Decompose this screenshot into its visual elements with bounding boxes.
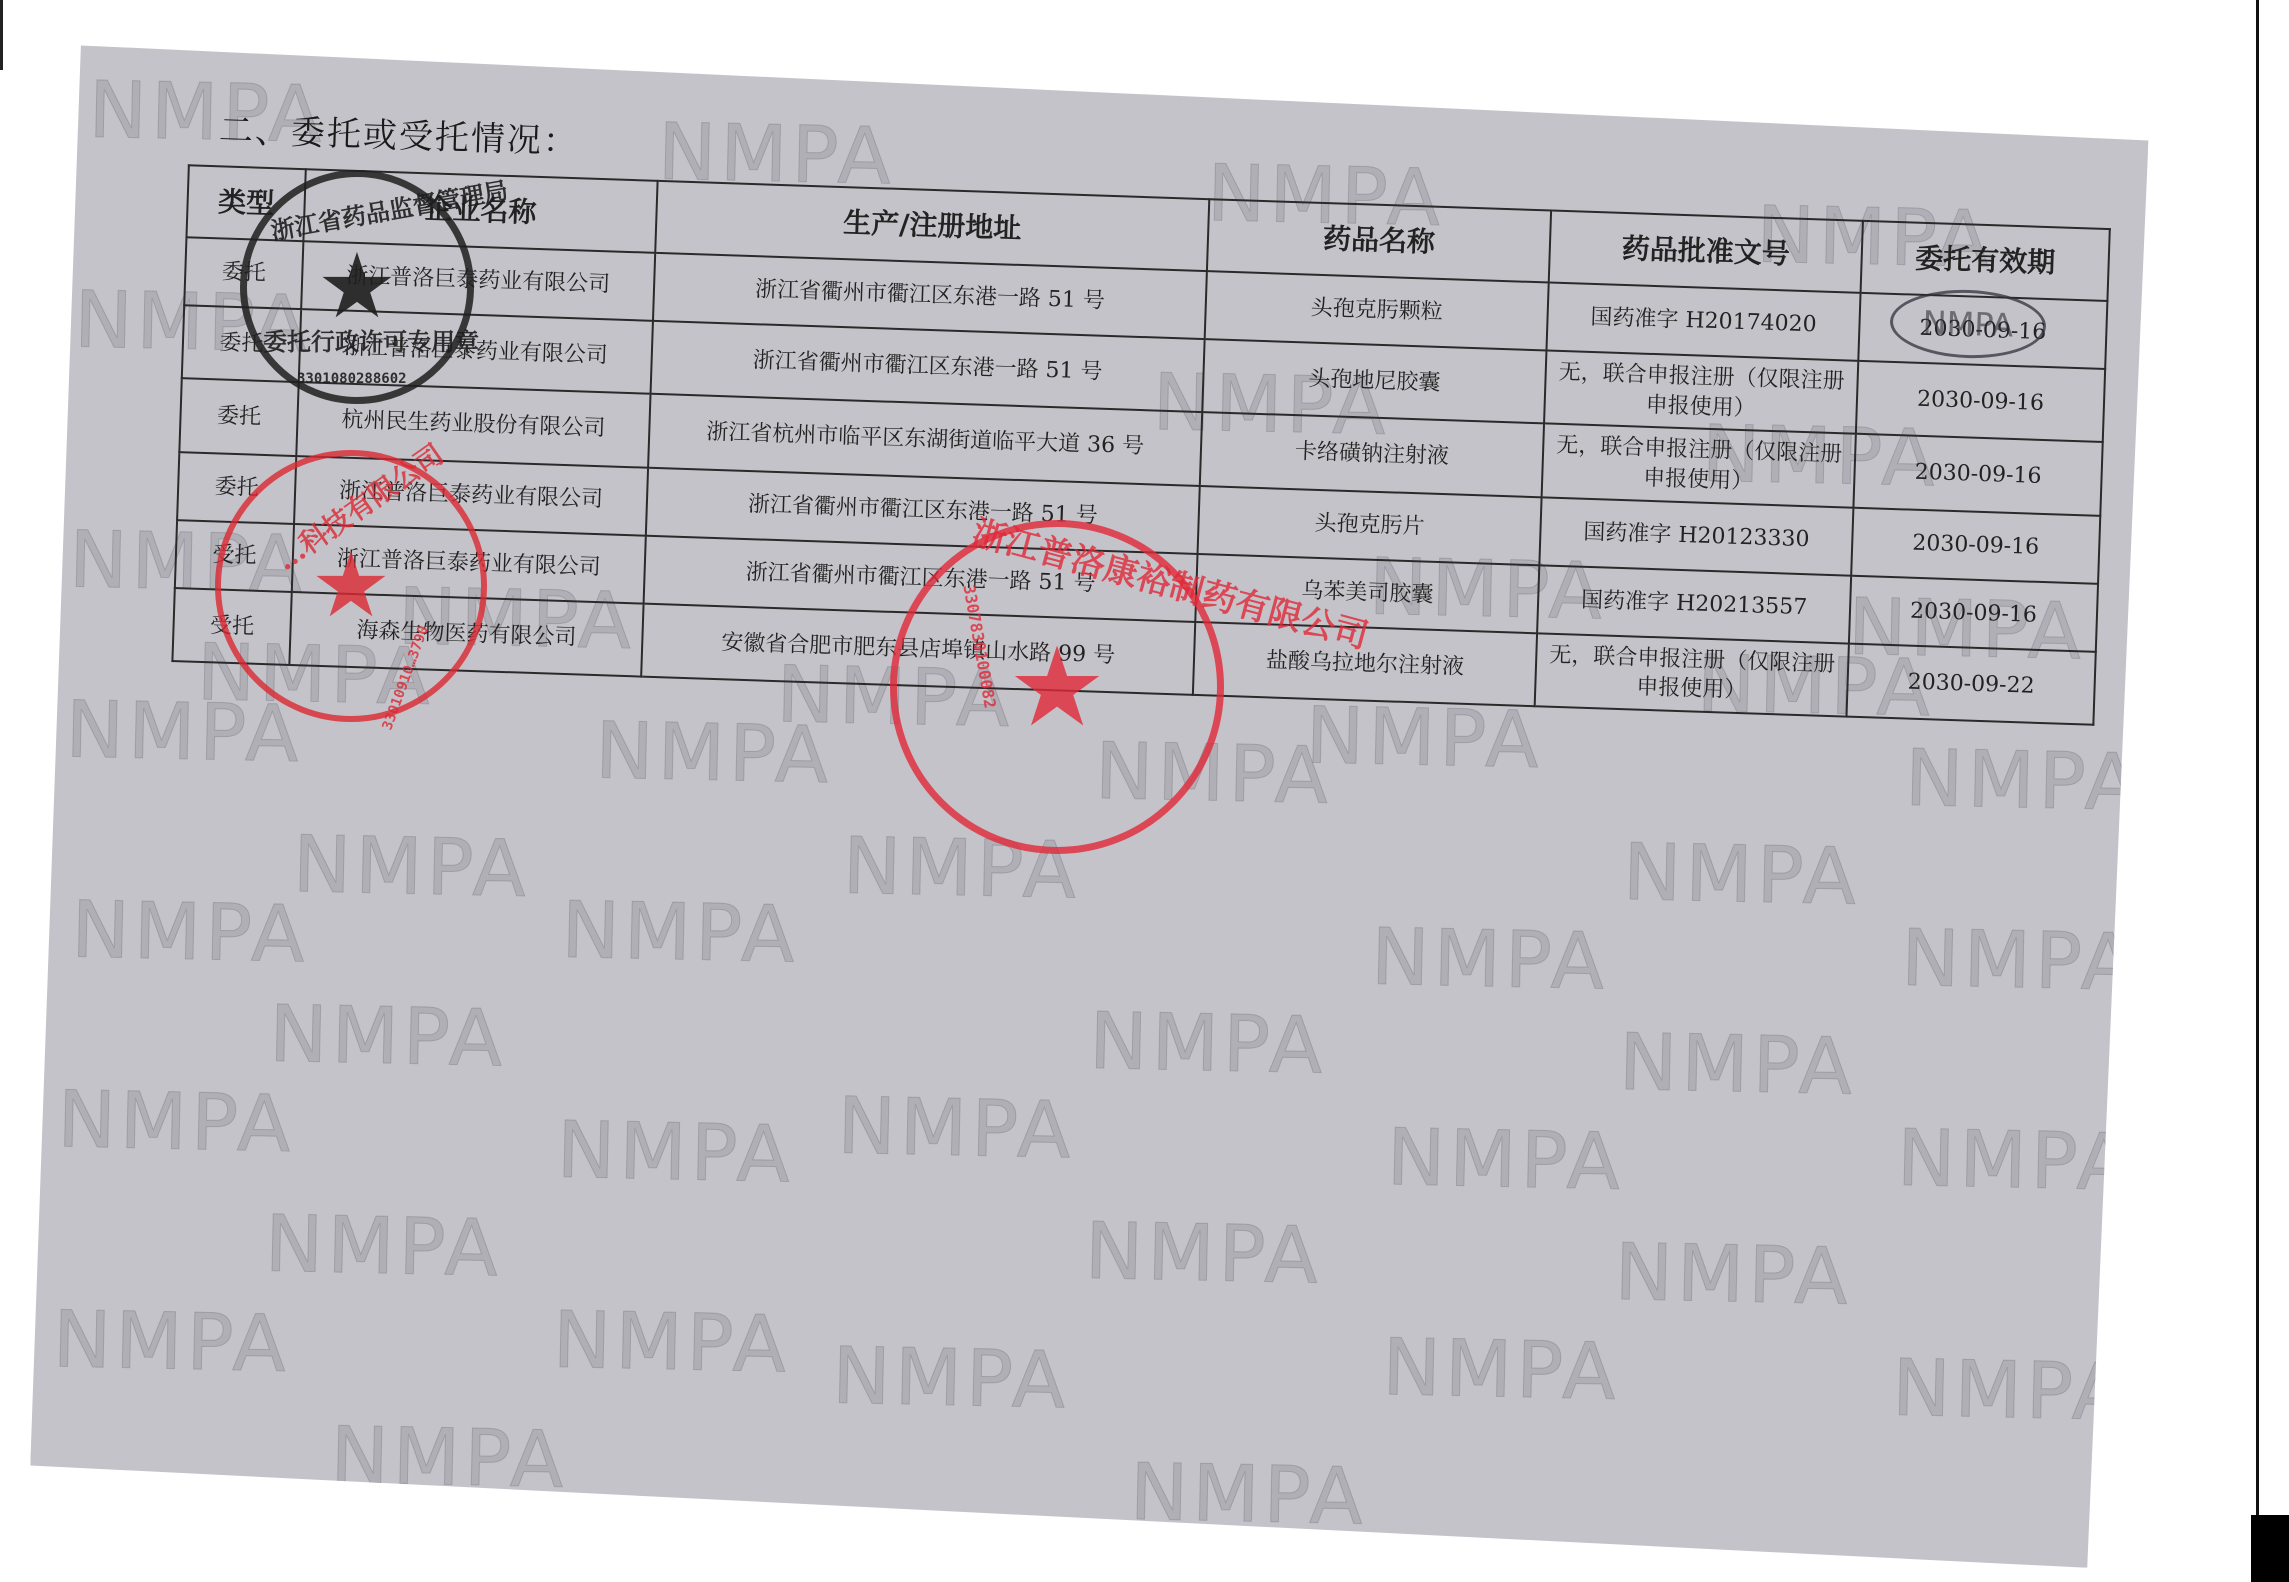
cell-type: 委托 (177, 452, 296, 524)
cell-validity: 2030-09-16 (1851, 507, 2100, 583)
watermark: NMPA (65, 685, 304, 780)
cell-company: 浙江普洛巨泰药业有限公司 (292, 524, 646, 604)
header-type: 类型 (186, 165, 305, 241)
cell-company: 浙江普洛巨泰药业有限公司 (299, 309, 653, 394)
cell-type: 受托 (175, 520, 294, 592)
watermark: NMPA (57, 1075, 296, 1170)
watermark: NMPA (1904, 734, 2143, 829)
cell-drug: 头孢克肟片 (1198, 486, 1542, 565)
cell-company: 杭州民生药业股份有限公司 (296, 382, 650, 467)
watermark: NMPA (1129, 1448, 1368, 1543)
watermark: NMPA (831, 1331, 1070, 1426)
watermark: NMPA (1614, 1228, 1853, 1323)
entrustment-table: 类型 企业名称 生产/注册地址 药品名称 药品批准文号 委托有效期 委托 浙江普… (171, 164, 2110, 726)
cell-type: 受托 (172, 588, 291, 665)
watermark: NMPA (556, 1106, 795, 1201)
watermark: NMPA (292, 820, 531, 915)
cell-approval: 无，联合申报注册（仅限注册申报使用） (1535, 633, 1849, 717)
header-drug-name: 药品名称 (1207, 199, 1551, 282)
watermark: NMPA (1088, 997, 1327, 1092)
cell-company: 浙江普洛巨泰药业有限公司 (294, 456, 648, 536)
watermark: NMPA (330, 1411, 569, 1506)
watermark: NMPA (842, 822, 1081, 917)
cell-drug: 卡络磺钠注射液 (1200, 412, 1544, 497)
scan-edge-left (0, 0, 3, 70)
cell-validity: 2030-09-22 (1846, 643, 2095, 725)
scan-corner-dark (2251, 1515, 2289, 1582)
cell-approval: 国药准字 H20123330 (1539, 497, 1853, 575)
watermark: NMPA (1094, 727, 1333, 822)
header-approval-number: 药品批准文号 (1549, 211, 1863, 293)
watermark: NMPA (594, 706, 833, 801)
watermark: NMPA (1386, 1113, 1625, 1208)
cell-approval: 国药准字 H20213557 (1537, 565, 1851, 643)
watermark: NMPA (837, 1082, 1076, 1177)
cell-type: 委托 (179, 379, 298, 456)
watermark: NMPA (1622, 828, 1861, 923)
cell-approval: 无，联合申报注册（仅限注册申报使用） (1544, 350, 1858, 434)
watermark: NMPA (71, 885, 310, 980)
cell-validity: 2030-09-16 (1849, 575, 2098, 651)
cell-validity: 2030-09-16 (1856, 361, 2105, 443)
watermark: NMPA (52, 1295, 291, 1390)
document-content: 二、委托或受托情况： 类型 企业名称 生产/注册地址 药品名称 药品批准文号 委… (131, 100, 2149, 727)
cell-type: 委托 (182, 305, 301, 382)
cell-validity: 2030-09-16 (1858, 293, 2107, 369)
cell-drug: 盐酸乌拉地尔注射液 (1193, 622, 1537, 707)
header-validity: 委托有效期 (1861, 221, 2110, 301)
watermark: NMPA (1896, 1114, 2135, 1209)
cell-company: 海森生物医药有限公司 (289, 592, 643, 677)
cell-approval: 无，联合申报注册（仅限注册申报使用） (1542, 424, 1856, 508)
watermark: NMPA (561, 886, 800, 981)
watermark: NMPA (1900, 914, 2139, 1009)
cell-drug: 头孢克肟颗粒 (1205, 271, 1549, 350)
cell-company: 浙江普洛巨泰药业有限公司 (301, 241, 655, 321)
watermark: NMPA (268, 990, 507, 1085)
header-company: 企业名称 (303, 169, 657, 253)
cell-type: 委托 (184, 237, 303, 309)
watermark: NMPA (1891, 1344, 2130, 1439)
watermark: NMPA (1382, 1323, 1621, 1418)
cell-approval: 国药准字 H20174020 (1546, 282, 1860, 360)
scan-edge-right (2256, 0, 2259, 1582)
watermark: NMPA (1370, 913, 1609, 1008)
cell-drug: 头孢地尼胶囊 (1202, 339, 1546, 424)
watermark: NMPA (1618, 1018, 1857, 1113)
watermark: NMPA (264, 1200, 503, 1295)
cell-validity: 2030-09-16 (1853, 434, 2102, 516)
watermark: NMPA (552, 1296, 791, 1391)
cell-drug: 乌苯美司胶囊 (1195, 554, 1539, 633)
watermark: NMPA (1084, 1207, 1323, 1302)
